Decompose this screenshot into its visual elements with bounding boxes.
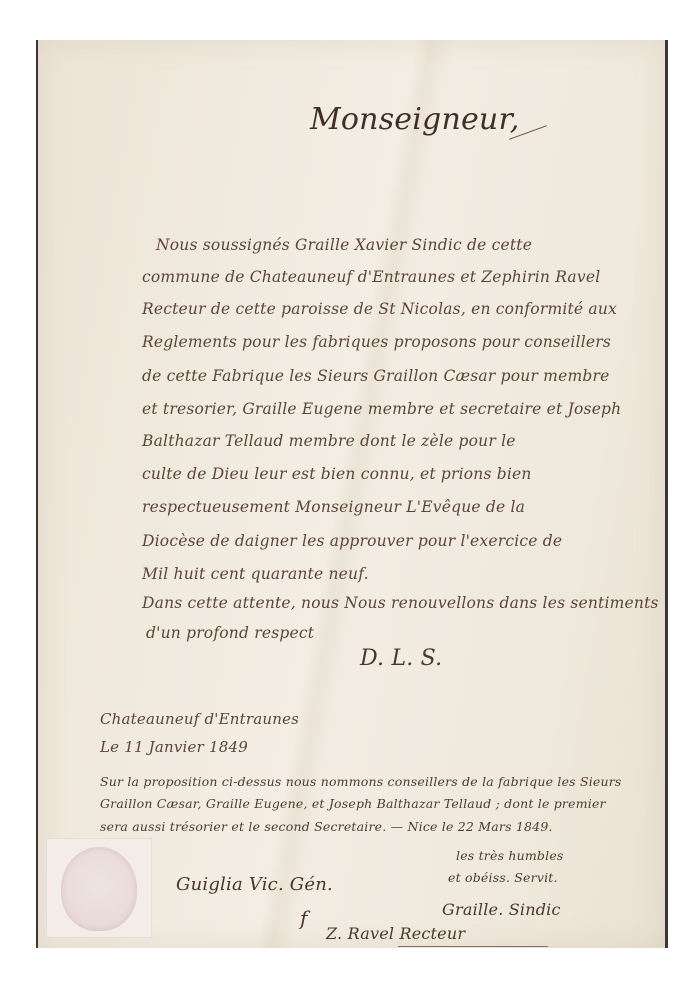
- closing-initials: D. L. S.: [360, 646, 442, 671]
- body-line: Reglements pour les fabriques proposons …: [142, 333, 611, 351]
- annotation-line: Sur la proposition ci-dessus nous nommon…: [100, 774, 622, 789]
- body-line: Nous soussignés Graille Xavier Sindic de…: [156, 236, 532, 254]
- letter-page: Monseigneur, Nous soussignés Graille Xav…: [36, 40, 668, 948]
- place: Chateauneuf d'Entraunes: [100, 710, 299, 728]
- body-line: Diocèse de daigner les approuver pour l'…: [142, 532, 562, 550]
- signature-sindic: Graille. Sindic: [442, 900, 561, 919]
- body-line: Mil huit cent quarante neuf.: [142, 565, 369, 583]
- formula-line-1: les très humbles: [456, 848, 564, 863]
- signature-mark: f: [300, 906, 308, 930]
- date: Le 11 Janvier 1849: [100, 738, 248, 756]
- body-line: d'un profond respect: [146, 624, 314, 642]
- body-line: Balthazar Tellaud membre dont le zèle po…: [142, 432, 516, 450]
- signature-vicar-general: Guiglia Vic. Gén.: [176, 874, 333, 895]
- body-line: Dans cette attente, nous Nous renouvello…: [142, 594, 659, 612]
- body-line: commune de Chateauneuf d'Entraunes et Ze…: [142, 268, 600, 286]
- annotation-line: sera aussi trésorier et le second Secret…: [100, 819, 553, 834]
- annotation-line: Graillon Cæsar, Graille Eugene, et Josep…: [100, 796, 606, 811]
- body-line: respectueusement Monseigneur L'Evêque de…: [142, 498, 525, 516]
- salutation: Monseigneur,: [310, 102, 519, 137]
- body-line: et tresorier, Graille Eugene membre et s…: [142, 400, 621, 418]
- signature-recteur: Z. Ravel Recteur: [326, 924, 465, 943]
- signature-underline: [398, 946, 548, 947]
- body-line: culte de Dieu leur est bien connu, et pr…: [142, 465, 532, 483]
- formula-line-2: et obéiss. Servit.: [448, 870, 558, 885]
- body-line: de cette Fabrique les Sieurs Graillon Cæ…: [142, 367, 609, 385]
- embossed-seal: [46, 838, 152, 938]
- body-line: Recteur de cette paroisse de St Nicolas,…: [142, 300, 617, 318]
- seal-icon: [61, 847, 137, 931]
